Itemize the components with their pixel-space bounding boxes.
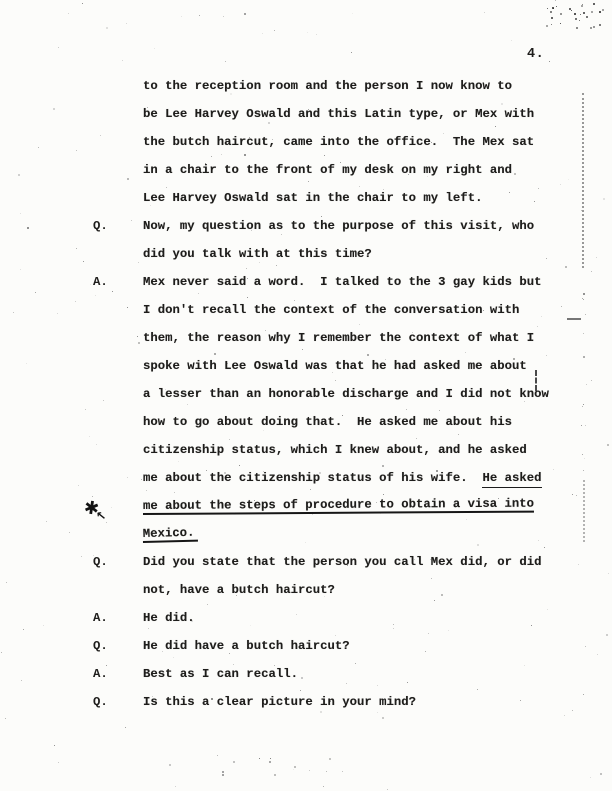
noise-speck <box>20 213 21 214</box>
noise-speck <box>593 3 595 5</box>
transcript-line: be Lee Harvey Oswald and this Latin type… <box>143 100 573 128</box>
qa-entry: Q.Now, my question as to the purpose of … <box>93 212 573 268</box>
noise-speck <box>576 495 577 496</box>
noise-speck <box>556 6 557 7</box>
scan-artifact-dotted-line-2 <box>583 480 585 542</box>
noise-speck <box>600 773 602 775</box>
noise-speck <box>549 61 550 62</box>
transcript-line: citizenship status, which I knew about, … <box>143 436 573 464</box>
qa-entry: to the reception room and the person I n… <box>93 72 573 212</box>
noise-speck <box>26 363 27 364</box>
transcript-line: Is this a clear picture in your mind? <box>143 688 573 716</box>
noise-speck <box>606 634 608 636</box>
noise-speck <box>546 25 548 27</box>
noise-speck <box>599 24 601 26</box>
noise-speck <box>5 718 6 719</box>
noise-speck <box>582 4 583 5</box>
noise-speck <box>85 409 86 410</box>
noise-speck <box>106 27 108 29</box>
noise-speck <box>83 261 84 262</box>
noise-speck <box>581 425 582 426</box>
noise-speck <box>81 556 82 557</box>
noise-speck <box>90 284 91 285</box>
underlined-text: me about the steps of procedure to obtai… <box>143 497 534 516</box>
noise-speck <box>382 717 384 719</box>
noise-speck <box>602 9 604 11</box>
entry-lines: He did have a butch haircut? <box>143 632 573 660</box>
noise-speck <box>307 32 308 33</box>
transcript-line: me about the steps of procedure to obtai… <box>143 492 573 520</box>
noise-speck <box>583 333 584 334</box>
noise-speck <box>553 8 554 9</box>
noise-speck <box>269 761 271 763</box>
qa-entry: A.Mex never said a word. I talked to the… <box>93 268 573 548</box>
entry-lines: Now, my question as to the purpose of th… <box>143 212 573 268</box>
noise-speck <box>76 150 77 151</box>
noise-speck <box>35 292 36 293</box>
noise-speck <box>54 745 55 746</box>
transcript-line: spoke with Lee Oswald was that he had as… <box>143 352 573 380</box>
transcript-line: Mex never said a word. I talked to the 3… <box>143 268 573 296</box>
noise-speck <box>593 26 595 28</box>
transcript-line: how to go about doing that. He asked me … <box>143 408 573 436</box>
noise-speck <box>578 564 579 565</box>
noise-speck <box>583 470 584 471</box>
noise-speck <box>597 654 598 655</box>
transcript-line: Now, my question as to the purpose of th… <box>143 212 573 240</box>
noise-speck <box>125 727 126 728</box>
noise-speck <box>293 769 294 770</box>
noise-speck <box>89 436 90 437</box>
transcript-line: Mexico. <box>143 520 573 548</box>
noise-speck <box>20 269 21 270</box>
transcript-line: them, the reason why I remember the cont… <box>143 324 573 352</box>
underlined-text: He asked <box>482 471 541 488</box>
noise-speck <box>233 761 235 763</box>
transcript-line: Best as I can recall. <box>143 660 573 688</box>
noise-speck <box>270 758 271 759</box>
noise-speck <box>581 5 583 7</box>
noise-speck <box>58 47 59 48</box>
transcript-body: to the reception room and the person I n… <box>93 72 573 716</box>
noise-speck <box>591 271 592 272</box>
transcript-line: not, have a butch haircut? <box>143 576 573 604</box>
noise-speck <box>550 11 552 13</box>
transcript-line: a lesser than an honorable discharge and… <box>143 380 573 408</box>
noise-speck <box>38 147 39 148</box>
noise-speck <box>608 573 609 574</box>
noise-speck <box>585 425 586 426</box>
noise-speck <box>387 789 388 790</box>
noise-speck <box>511 40 512 41</box>
noise-speck <box>262 33 263 34</box>
entry-lines: Mex never said a word. I talked to the 3… <box>143 268 573 548</box>
scanned-document-page: 4. to the reception room and the person … <box>0 0 612 791</box>
text-segment: me about the citizenship status of his w… <box>143 471 482 485</box>
noise-speck <box>583 293 585 295</box>
noise-speck <box>259 758 260 759</box>
noise-speck <box>579 20 580 21</box>
transcript-line: He did have a butch haircut? <box>143 632 573 660</box>
noise-speck <box>46 521 47 522</box>
speaker-label: Q. <box>93 548 143 576</box>
transcript-line: in a chair to the front of my desk on my… <box>143 156 573 184</box>
noise-speck <box>585 314 586 315</box>
entry-lines: Best as I can recall. <box>143 660 573 688</box>
noise-speck <box>591 11 593 13</box>
noise-speck <box>43 625 44 626</box>
noise-speck <box>222 771 224 773</box>
noise-speck <box>53 108 55 110</box>
transcript-line: did you talk with at this time? <box>143 240 573 268</box>
noise-speck <box>576 27 578 29</box>
noise-speck <box>582 298 583 299</box>
noise-speck <box>175 786 176 787</box>
noise-speck <box>585 646 586 647</box>
noise-speck <box>309 770 310 771</box>
noise-speck <box>181 16 182 17</box>
noise-speck <box>154 48 155 49</box>
noise-speck <box>607 444 609 446</box>
noise-speck <box>583 404 584 405</box>
qa-entry: Q.He did have a butch haircut? <box>93 632 573 660</box>
speaker-label: A. <box>93 268 143 296</box>
noise-speck <box>329 758 331 760</box>
noise-speck <box>323 786 324 787</box>
transcript-line: to the reception room and the person I n… <box>143 72 573 100</box>
noise-speck <box>18 174 20 176</box>
noise-speck <box>222 774 224 776</box>
noise-speck <box>590 777 591 778</box>
transcript-line: the butch haircut, came into the office.… <box>143 128 573 156</box>
speaker-label: Q. <box>93 688 143 716</box>
noise-speck <box>583 356 585 358</box>
noise-speck <box>326 771 327 772</box>
qa-entry: Q.Is this a clear picture in your mind? <box>93 688 573 716</box>
entry-lines: Is this a clear picture in your mind? <box>143 688 573 716</box>
noise-speck <box>23 629 24 630</box>
noise-speck <box>223 16 224 17</box>
noise-speck <box>555 0 556 1</box>
scan-artifact-dash <box>567 318 581 320</box>
entry-lines: He did. <box>143 604 573 632</box>
underlined-text: Mexico. <box>143 526 198 543</box>
noise-speck <box>75 301 76 302</box>
noise-speck <box>352 13 353 14</box>
noise-speck <box>244 13 246 15</box>
speaker-label: Q. <box>93 212 143 240</box>
noise-speck <box>225 61 226 62</box>
arrow-icon: ↖ <box>95 509 106 524</box>
noise-speck <box>599 11 601 13</box>
noise-speck <box>560 23 561 24</box>
entry-lines: to the reception room and the person I n… <box>143 72 573 212</box>
handwritten-asterisk-mark: ✱ ↖ <box>84 498 124 534</box>
noise-speck <box>575 18 577 20</box>
transcript-line: me about the citizenship status of his w… <box>143 464 573 492</box>
noise-speck <box>316 34 317 35</box>
speaker-label: A. <box>93 660 143 688</box>
noise-speck <box>274 774 276 776</box>
transcript-line: Did you state that the person you call M… <box>143 548 573 576</box>
noise-speck <box>603 198 605 200</box>
speaker-label: A. <box>93 604 143 632</box>
noise-speck <box>583 694 584 695</box>
handwritten-tick-mark <box>535 370 537 391</box>
noise-speck <box>560 13 562 15</box>
noise-speck <box>583 12 585 14</box>
noise-speck <box>76 248 77 249</box>
noise-speck <box>569 8 571 10</box>
qa-entry: A.He did. <box>93 604 573 632</box>
noise-speck <box>68 13 69 14</box>
transcript-line: Lee Harvey Oswald sat in the chair to my… <box>143 184 573 212</box>
noise-speck <box>551 24 552 25</box>
noise-speck <box>552 7 554 9</box>
noise-speck <box>58 762 59 763</box>
page-number: 4. <box>527 47 544 62</box>
noise-speck <box>78 485 79 486</box>
noise-speck <box>342 771 343 772</box>
noise-speck <box>583 299 584 300</box>
noise-speck <box>351 52 352 53</box>
noise-speck <box>199 15 200 16</box>
noise-speck <box>571 10 572 11</box>
noise-speck <box>582 406 583 407</box>
noise-speck <box>1 652 2 653</box>
noise-speck <box>591 380 592 381</box>
noise-speck <box>551 17 553 19</box>
noise-speck <box>574 13 576 15</box>
noise-speck <box>69 532 70 533</box>
noise-speck <box>274 30 275 31</box>
noise-speck <box>122 60 123 61</box>
noise-speck <box>6 582 7 583</box>
noise-speck <box>596 257 597 258</box>
noise-speck <box>547 8 548 9</box>
noise-speck <box>82 3 83 4</box>
speaker-label: Q. <box>93 632 143 660</box>
noise-speck <box>590 27 592 29</box>
noise-speck <box>57 313 58 314</box>
noise-speck <box>126 23 127 24</box>
entry-lines: Did you state that the person you call M… <box>143 548 573 604</box>
noise-speck <box>294 766 296 768</box>
noise-speck <box>586 16 588 18</box>
qa-entry: Q.Did you state that the person you call… <box>93 548 573 604</box>
noise-speck <box>584 458 585 459</box>
noise-speck <box>169 764 171 766</box>
noise-speck <box>217 755 218 756</box>
noise-speck <box>580 14 581 15</box>
noise-speck <box>13 312 14 313</box>
scan-artifact-dotted-line <box>582 93 584 268</box>
qa-entry: A.Best as I can recall. <box>93 660 573 688</box>
noise-speck <box>27 227 29 229</box>
noise-speck <box>21 680 22 681</box>
transcript-line: He did. <box>143 604 573 632</box>
transcript-line: I don't recall the context of the conver… <box>143 296 573 324</box>
noise-speck <box>582 454 583 455</box>
noise-speck <box>484 12 485 13</box>
noise-speck <box>586 384 587 385</box>
